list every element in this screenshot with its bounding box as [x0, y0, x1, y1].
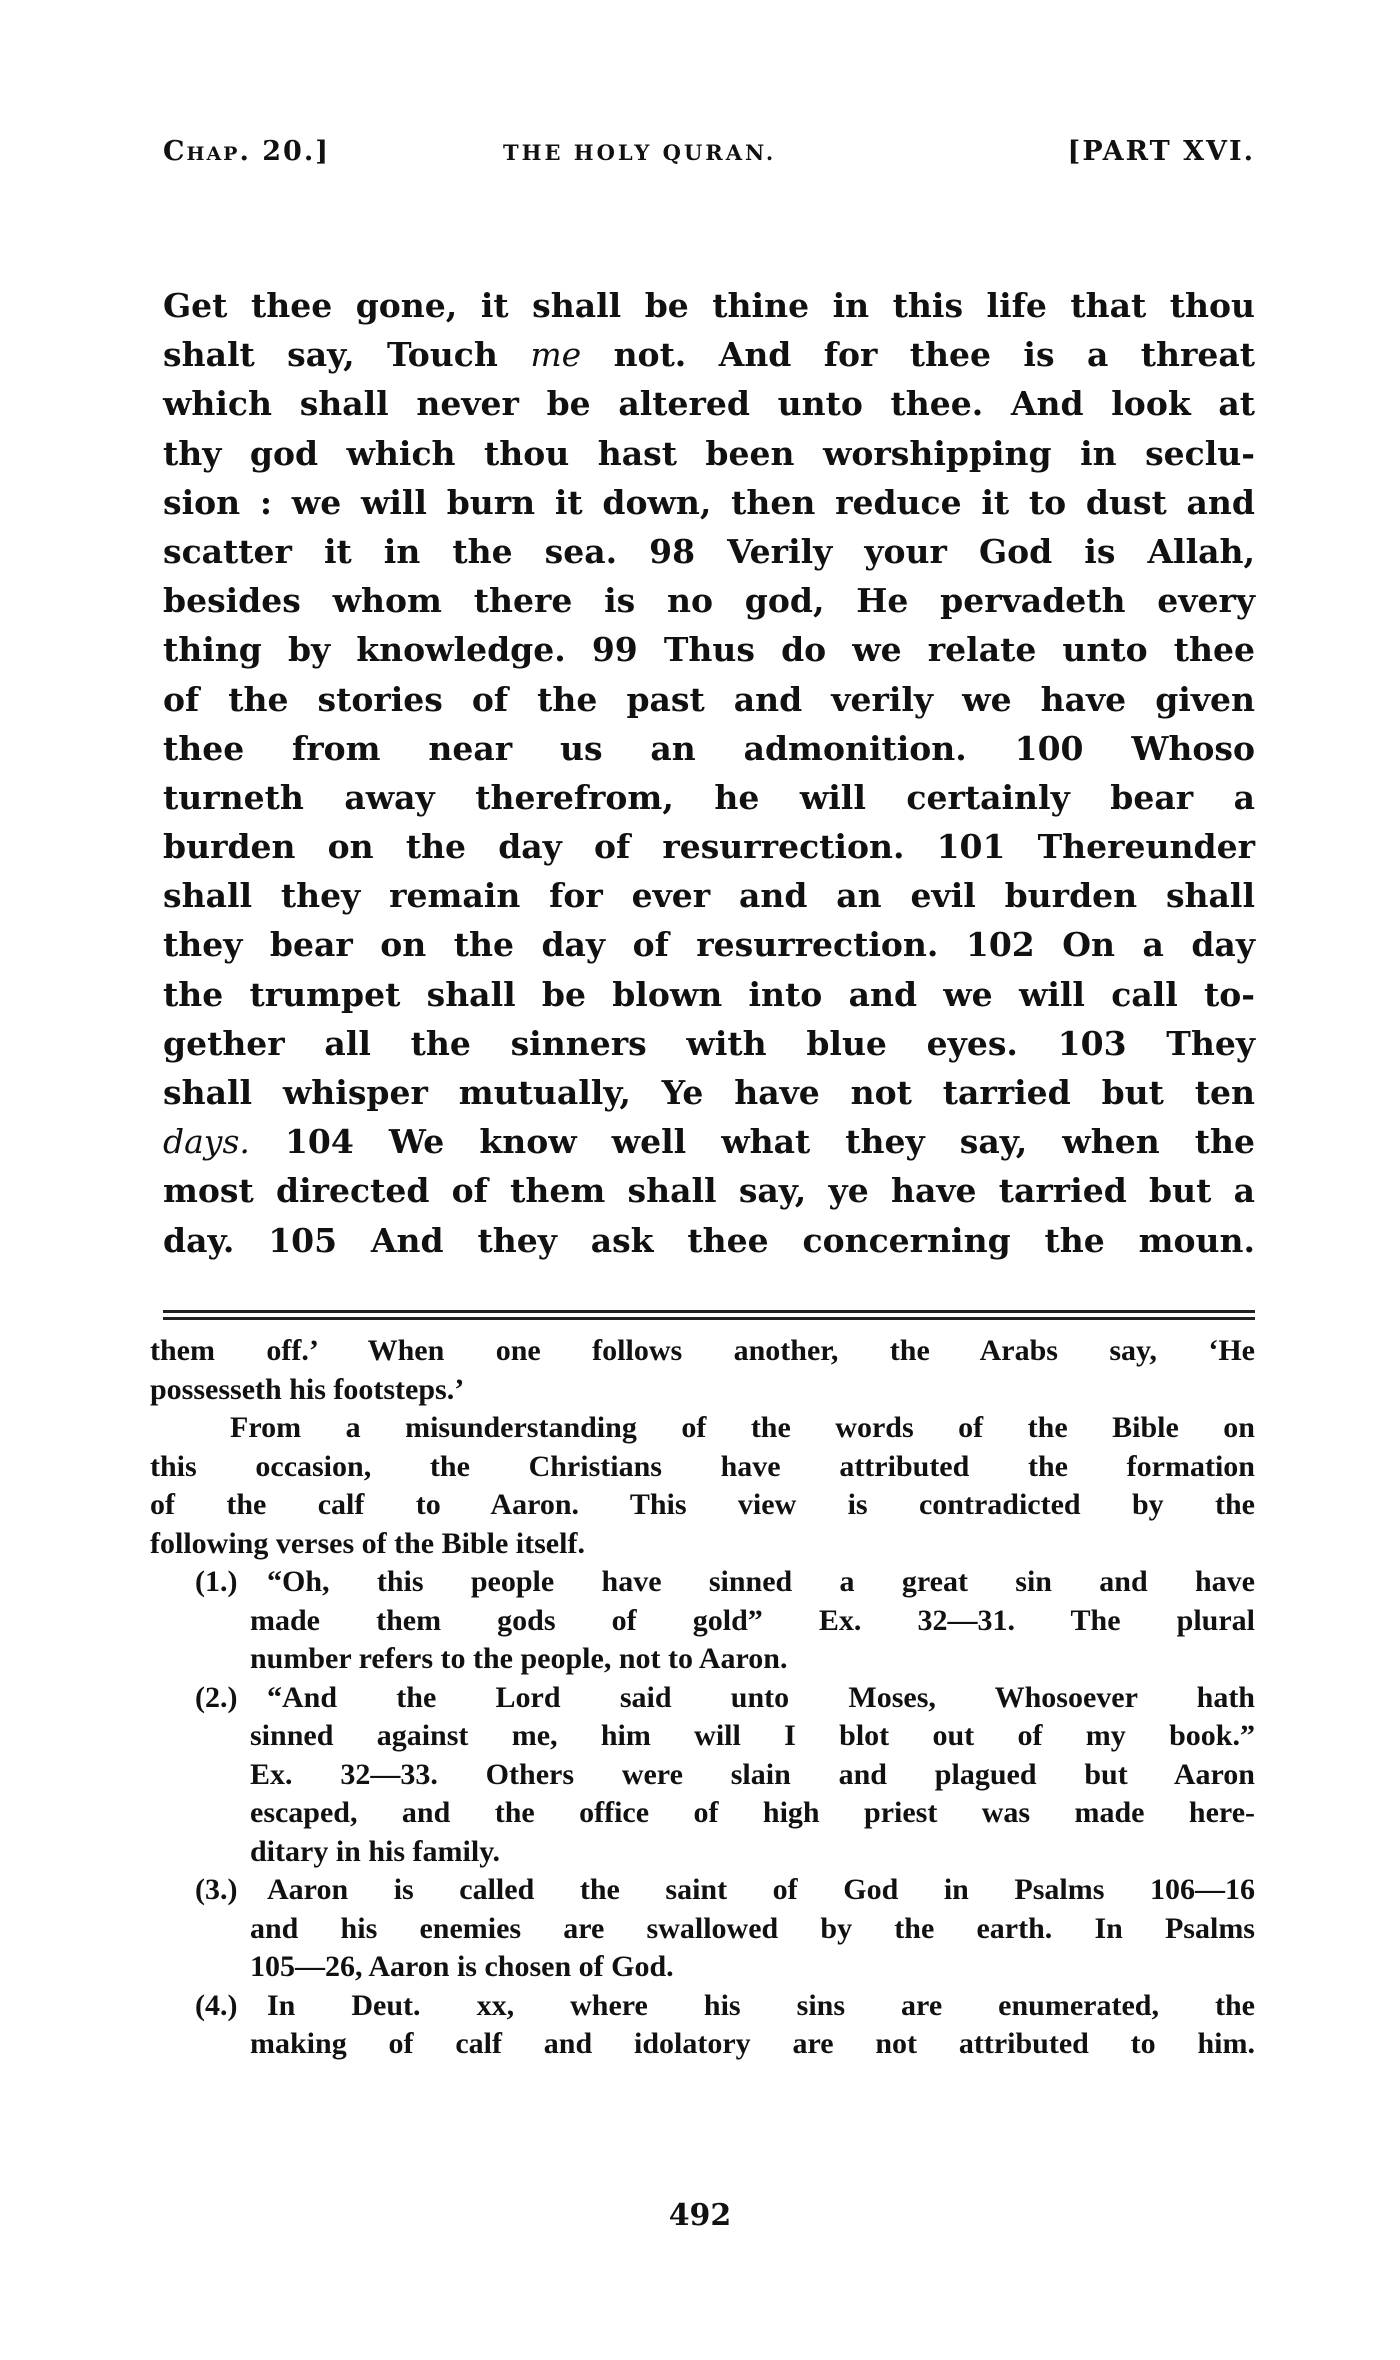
text-line: shall they remain for ever and an evil b… — [163, 871, 1255, 920]
chapter-label: Chap. 20.] — [163, 136, 330, 167]
footnote-item-3: (3.)Aaron is called the saint of God in … — [150, 1871, 1255, 1910]
footnote-line: this occasion, the Christians have attri… — [150, 1448, 1255, 1487]
text-line: thing by knowledge. 99 Thus do we relate… — [163, 625, 1255, 674]
text-line: thee from near us an admonition. 100 Who… — [163, 724, 1255, 773]
footnote: them off.’ When one follows another, the… — [150, 1332, 1255, 2064]
footnote-line: them off.’ When one follows another, the… — [150, 1332, 1255, 1371]
text-line: sion : we will burn it down, then reduce… — [163, 478, 1255, 527]
item-number: (4.) — [195, 1987, 267, 2026]
footnote-line: made them gods of gold” Ex. 32—31. The p… — [150, 1602, 1255, 1641]
footnote-line: escaped, and the office of high priest w… — [150, 1794, 1255, 1833]
text-segment: not. And for thee is a threat — [614, 335, 1255, 374]
footnote-line: and his enemies are swallowed by the ear… — [150, 1910, 1255, 1949]
running-header: Chap. 20.] THE HOLY QURAN. [PART XVI. — [163, 128, 1255, 178]
text-line: turneth away therefrom, he will certainl… — [163, 773, 1255, 822]
item-text: “And the Lord said unto Moses, Whosoever… — [267, 1681, 1255, 1714]
text-line: the trumpet shall be blown into and we w… — [163, 970, 1255, 1019]
footnote-line: following verses of the Bible itself. — [150, 1525, 1255, 1564]
text-line: shall whisper mutually, Ye have not tarr… — [163, 1068, 1255, 1117]
footnote-line: Ex. 32—33. Others were slain and plagued… — [150, 1756, 1255, 1795]
text-line: Get thee gone, it shall be thine in this… — [163, 281, 1255, 330]
footnote-item-1: (1.)“Oh, this people have sinned a great… — [150, 1563, 1255, 1602]
footnote-line: of the calf to Aaron. This view is contr… — [150, 1486, 1255, 1525]
footnote-line: possesseth his footsteps.’ — [150, 1371, 1255, 1410]
text-line: scatter it in the sea. 98 Verily your Go… — [163, 527, 1255, 576]
main-text: Get thee gone, it shall be thine in this… — [163, 281, 1255, 1265]
item-text: In Deut. xx, where his sins are enumerat… — [267, 1989, 1255, 2022]
footnote-line: ditary in his family. — [150, 1833, 1255, 1872]
footnote-line: sinned against me, him will I blot out o… — [150, 1717, 1255, 1756]
text-line: they bear on the day of resurrection. 10… — [163, 920, 1255, 969]
divider-line — [163, 1310, 1255, 1313]
text-line: days. 104 We know well what they say, wh… — [163, 1117, 1255, 1166]
footnote-line: From a misunderstanding of the words of … — [150, 1409, 1255, 1448]
text-line: gether all the sinners with blue eyes. 1… — [163, 1019, 1255, 1068]
text-line: of the stories of the past and verily we… — [163, 675, 1255, 724]
page-number: 492 — [0, 2198, 1400, 2233]
text-segment: 104 We know well what they say, when the — [285, 1122, 1255, 1161]
item-number: (3.) — [195, 1871, 267, 1910]
item-number: (2.) — [195, 1679, 267, 1718]
footnote-line: 105—26, Aaron is chosen of God. — [150, 1948, 1255, 1987]
item-text: “Oh, this people have sinned a great sin… — [267, 1565, 1255, 1598]
text-segment: shalt say, Touch — [163, 335, 498, 374]
text-line: thy god which thou hast been worshipping… — [163, 429, 1255, 478]
footnote-line: number refers to the people, not to Aaro… — [150, 1640, 1255, 1679]
book-title: THE HOLY QURAN. — [503, 140, 776, 165]
footnote-item-2: (2.)“And the Lord said unto Moses, Whoso… — [150, 1679, 1255, 1718]
italic-word: days. — [163, 1122, 250, 1161]
text-line: most directed of them shall say, ye have… — [163, 1166, 1255, 1215]
footnote-item-4: (4.)In Deut. xx, where his sins are enum… — [150, 1987, 1255, 2026]
part-label: [PART XVI. — [1068, 136, 1255, 167]
text-line: shalt say, Touch me not. And for thee is… — [163, 330, 1255, 379]
text-line: burden on the day of resurrection. 101 T… — [163, 822, 1255, 871]
item-text: Aaron is called the saint of God in Psal… — [267, 1873, 1255, 1906]
divider-line — [163, 1317, 1255, 1320]
text-line: besides whom there is no god, He pervade… — [163, 576, 1255, 625]
text-line: day. 105 And they ask thee concerning th… — [163, 1216, 1255, 1265]
item-number: (1.) — [195, 1563, 267, 1602]
text-line: which shall never be altered unto thee. … — [163, 379, 1255, 428]
footnote-divider — [163, 1310, 1255, 1322]
italic-word: me — [530, 335, 581, 374]
footnote-line: making of calf and idolatory are not att… — [150, 2025, 1255, 2064]
